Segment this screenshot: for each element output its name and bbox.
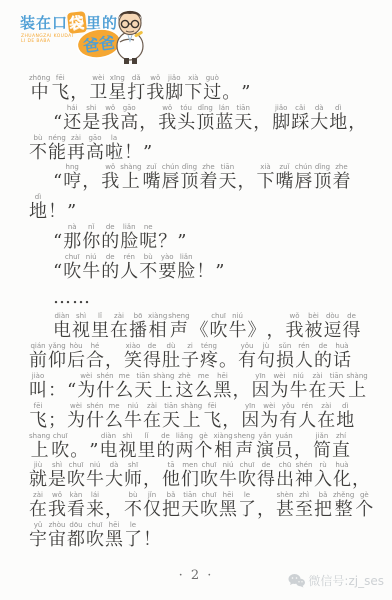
text-line: 地dì！” [29,193,371,223]
hanzi-char: 着zhe [199,171,217,192]
hanzi-char: 唇chún [161,171,179,192]
hanzi-char: 逗dòu [324,320,342,341]
hanzi-char: 演yǎn [256,440,274,461]
book-logo: 装在口袋里的 爸爸 ZHUANGZAI KOUDAI LI DE BABA [16,6,146,64]
hanzi-char: 头tóu [177,112,195,133]
hanzi-char: 高gāo [86,142,104,163]
hanzi-char: 黑hēi [219,499,237,520]
hanzi-char: 句jù [257,350,275,371]
text-line: “哼hng，我wǒ上shàng嘴zuǐ唇chún顶dǐng着zhe天tiān，下… [29,163,371,193]
hanzi-char: 卫wèi [89,82,107,103]
hanzi-char: ” [143,142,152,163]
hanzi-char: 飞fēi [203,410,221,431]
hanzi-char: 被bèi [305,320,323,341]
hanzi-char: ？ [158,231,176,252]
text-line: 在zài我wǒ看kàn来lái，不bù仅jǐn把bǎ天tiān吹chuī黑hēi… [29,491,371,521]
hanzi-char: 脚jiǎo [165,82,183,103]
hanzi-char: 还hái [63,112,81,133]
hanzi-char: 黑hēi [105,529,123,550]
hanzi-char: ， [294,440,312,461]
hanzi-char: 在zài [29,499,47,520]
hanzi-char: 是shi [82,112,100,133]
hanzi-char: 天tiān [218,171,236,192]
hanzi-char: 不bù [139,261,157,282]
hanzi-char: 我wǒ [146,82,164,103]
hanzi-char: “ [53,231,62,252]
hanzi-char: 们men [181,469,199,490]
hanzi-char: 损sǔn [276,350,294,371]
hanzi-char: 我wǒ [101,171,119,192]
hanzi-char: 因yīn [251,380,269,401]
hanzi-char: “ [67,380,76,401]
hanzi-char: 整zhěng [333,499,354,520]
hanzi-char: 这zhè [175,380,193,401]
hanzi-char: 得de [343,320,361,341]
hanzi-char: 声sheng [168,320,189,341]
hanzi-char: 前qián [29,350,47,371]
dad-cartoon-icon [108,8,152,64]
hanzi-char: 宇yǔ [29,529,47,550]
hanzi-char: 就jiù [29,469,47,490]
hanzi-char: 相xiàng [213,440,232,461]
hanzi-char: 唇chún [294,171,312,192]
hanzi-char: ！ [124,142,142,163]
hanzi-char: 》 [248,320,266,341]
hanzi-char: 在zài [110,320,128,341]
hanzi-char: 叫jiào [29,380,47,401]
hanzi-char: 不bù [29,142,47,163]
hanzi-char: 了le [124,529,142,550]
hanzi-char: ， [257,499,275,520]
hanzi-char: 。 [219,350,237,371]
hanzi-char: 人rén [298,410,316,431]
hanzi-char: 播bō [129,320,147,341]
logo-title-part1: 装在口 [20,14,68,32]
hanzi-char: ： [48,380,66,401]
hanzi-char: 牛niú [229,320,247,341]
text-line: 电diàn视shì里lǐ在zài播bō相xiàng声sheng《吹chuī牛ni… [29,312,371,342]
hanzi-char: ！ [196,261,214,282]
hanzi-char: 牛niú [289,380,307,401]
hanzi-char: 脚jiǎo [272,112,290,133]
text-line: “那nà你nǐ的de脸liǎn呢ne？” [29,223,371,253]
hanzi-char: ， [70,82,88,103]
hanzi-char: 有yǒu [238,350,256,371]
hanzi-char: 大dà [310,112,328,133]
hanzi-char: 过guò [203,82,221,103]
hanzi-char: 么me [115,380,133,401]
hanzi-char: 把bǎ [314,499,332,520]
hanzi-char: 上shang [29,440,50,461]
hanzi-char: 顶dǐng [313,171,331,192]
hanzi-char: ， [237,171,255,192]
hanzi-char: 能néng [48,142,66,163]
hanzi-char: ， [222,410,240,431]
hanzi-char: “ [53,112,62,133]
hanzi-char: 都dōu [67,529,85,550]
hanzi-char: 飞fēi [29,410,47,431]
hanzi-char: 电diàn [53,320,71,341]
hanzi-char: 着zhe [332,171,350,192]
hanzi-char: 里lǐ [137,440,155,461]
hanzi-char: ” [215,261,224,282]
hanzi-char: 至zhì [295,499,313,520]
text-line: 飞fēi；为wèi什shén么me牛niú在zài天tiān上shàng飞fēi… [29,402,371,432]
hanzi-char: 踩cǎi [291,112,309,133]
hanzi-char: 为wèi [260,410,278,431]
hanzi-char: 个gè [355,499,373,520]
hanzi-char: 在zài [308,380,326,401]
hanzi-char: 话huà [333,350,351,371]
hanzi-char: ， [139,112,157,133]
hanzi-char: 吹chuī [86,529,104,550]
hanzi-char: 视shì [72,320,90,341]
hanzi-char: 天tiān [134,380,152,401]
hanzi-char: 个gè [194,440,212,461]
hanzi-char: ， [105,350,123,371]
hanzi-char: 《 [191,320,209,341]
hanzi-char: 嘴zuǐ [275,171,293,192]
hanzi-char: 声sheng [234,440,255,461]
hanzi-char: “ [53,261,62,282]
hanzi-char: ！ [48,201,66,222]
hanzi-char: ， [348,112,366,133]
hanzi-char: 的de [156,440,174,461]
hanzi-char: 在zài [317,410,335,431]
hanzi-char: 肚dù [162,350,180,371]
hanzi-char: 星xīng [108,82,126,103]
hanzi-char: 师shī [124,469,142,490]
hanzi-char: 嘴zuǐ [142,171,160,192]
hanzi-char: ， [267,320,285,341]
hanzi-char: 来lái [86,499,104,520]
hanzi-char: ， [352,469,370,490]
hanzi-char: 的de [101,261,119,282]
hanzi-char: 人rén [120,261,138,282]
hanzi-char: 里lǐ [91,320,109,341]
hanzi-char: 笑xiào [124,350,142,371]
hanzi-char: 的de [314,350,332,371]
hanzi-char: 为wèi [270,380,288,401]
hanzi-char: 仰yǎng [48,350,66,371]
hanzi-char: 宙zhòu [48,529,66,550]
hanzi-char: 直zhí [332,440,350,461]
hanzi-char: 地dì [29,201,47,222]
hanzi-char: 顶dǐng [180,171,198,192]
hanzi-char: 是shì [48,469,66,490]
text-line: 上shang吹chuī。”电diàn视shì里lǐ的de两liǎng个gè相xi… [29,432,371,462]
hanzi-char: 上shàng [346,380,367,401]
hanzi-char: 牛niú [124,410,142,431]
hanzi-char: 员yuán [275,440,293,461]
hanzi-char: 中zhōng [29,82,50,103]
hanzi-char: 出chū [276,469,294,490]
hanzi-char: 牛niú [86,469,104,490]
hanzi-char: 得de [143,350,161,371]
hanzi-char: 地dì [329,112,347,133]
hanzi-char: 入rù [314,469,332,490]
hanzi-char: 牛niú [82,261,100,282]
hanzi-char: 仅jǐn [143,499,161,520]
text-line: 前qián仰yǎng后hòu合hé，笑xiào得de肚dù子zi疼téng。有y… [29,342,371,372]
hanzi-char: 顶dǐng [196,112,214,133]
hanzi-char: 在zài [143,410,161,431]
hanzi-char: 为wèi [77,380,95,401]
hanzi-char: ” [89,440,98,461]
hanzi-char: 天tiān [234,112,252,133]
hanzi-char: 把bǎ [162,499,180,520]
logo-title-bag: 袋 [67,11,87,34]
hanzi-char: 他tā [162,469,180,490]
hanzi-char: 两liǎng [175,440,193,461]
text-line: 中zhōng飞fēi，卫wèi星xīng打dǎ我wǒ脚jiǎo下xià过guò。… [29,74,371,104]
hanzi-char: ， [253,112,271,133]
hanzi-char: 吹chuī [63,261,81,282]
text-body: 中zhōng飞fēi，卫wèi星xīng打dǎ我wǒ脚jiǎo下xià过guò。… [29,74,371,551]
hanzi-char: 下xià [184,82,202,103]
hanzi-char: 那nà [63,231,81,252]
hanzi-char: 吹chuī [51,440,69,461]
text-line: 叫jiào：“为wèi什shén么me天tiān上shàng这zhè么me黑hē… [29,372,371,402]
hanzi-char: 飞fēi [51,82,69,103]
watermark-text: 微信号:zj_ses [308,572,384,589]
hanzi-char: 。 [222,82,240,103]
hanzi-char: 打dǎ [127,82,145,103]
hanzi-char: 么me [105,410,123,431]
text-line: “还hái是shi我wǒ高gāo，我wǒ头tóu顶dǐng蓝lán天tiān，脚… [29,104,371,134]
hanzi-char: 不bù [124,499,142,520]
text-line: 宇yǔ宙zhòu都dōu吹chuī黑hēi了le！ [29,521,371,551]
hanzi-char: “ [53,171,62,192]
hanzi-char: 我wǒ [158,112,176,133]
text-line: …… [29,283,371,313]
hanzi-char: 我wǒ [48,499,66,520]
logo-subtitle: ZHUANGZAI KOUDAI LI DE BABA [21,34,79,44]
hanzi-char: 蓝lán [215,112,233,133]
hanzi-char: 化huà [333,469,351,490]
hanzi-char: 吹chuī [200,499,218,520]
hanzi-char: 地dì [336,410,354,431]
hanzi-char: 我wǒ [286,320,304,341]
hanzi-char: 因yīn [241,410,259,431]
hanzi-char: 大dà [105,469,123,490]
hanzi-char: 上shàng [181,410,202,431]
watermark: 微信号:zj_ses [288,572,384,589]
hanzi-char: 黑hēi [213,380,231,401]
hanzi-char: … [53,287,71,308]
hanzi-char: ， [105,499,123,520]
hanzi-char: 什shén [96,380,114,401]
hanzi-char: ” [177,231,186,252]
hanzi-char: 什shén [86,410,104,431]
hanzi-char: 相xiàng [148,320,167,341]
hanzi-char: 呢ne [139,231,157,252]
hanzi-char: 天tiān [162,410,180,431]
hanzi-char: 你nǐ [82,231,100,252]
wechat-icon [288,573,305,588]
hanzi-char: 看kàn [67,499,85,520]
hanzi-char: 合hé [86,350,104,371]
hanzi-char: 上shàng [120,171,141,192]
hanzi-char: 下xià [256,171,274,192]
hanzi-char: 有yǒu [279,410,297,431]
hanzi-char: 天tiān [327,380,345,401]
hanzi-char: 甚shèn [276,499,294,520]
hanzi-char: 高gāo [120,112,138,133]
hanzi-char: 疼téng [200,350,218,371]
hanzi-char: ； [48,410,66,431]
hanzi-char: 视shì [118,440,136,461]
text-line: 不bù能néng再zài高gāo啦la！” [29,134,371,164]
hanzi-char: ， [82,171,100,192]
hanzi-char: 子zi [181,350,199,371]
hanzi-char: 么me [194,380,212,401]
hanzi-char: 了le [238,499,256,520]
hanzi-char: 简jiǎn [313,440,331,461]
hanzi-char: 。 [70,440,88,461]
hanzi-char: 后hòu [67,350,85,371]
hanzi-char: 神shén [295,469,313,490]
text-line: “吹chuī牛niú的de人rén不bù要yào脸liǎn！” [29,253,371,283]
hanzi-char: 得de [257,469,275,490]
hanzi-char: 哼hng [63,171,81,192]
hanzi-char: 我wǒ [101,112,119,133]
hanzi-char: 啦la [105,142,123,163]
hanzi-char: 牛niú [219,469,237,490]
hanzi-char: 上shàng [153,380,174,401]
hanzi-char: 天tiān [181,499,199,520]
hanzi-char: 要yào [158,261,176,282]
hanzi-char: 电diàn [99,440,117,461]
hanzi-char: 再zài [67,142,85,163]
hanzi-char: ， [232,380,250,401]
hanzi-char: 为wèi [67,410,85,431]
text-line: 就jiù是shì吹chuī牛niú大dà师shī，他tā们men吹chuī牛ni… [29,461,371,491]
hanzi-char: 人rén [295,350,313,371]
hanzi-char: 吹chuī [210,320,228,341]
hanzi-char: 脸liǎn [177,261,195,282]
hanzi-char: 吹chuī [238,469,256,490]
hanzi-char: 吹chuī [200,469,218,490]
hanzi-char: ！ [143,529,161,550]
hanzi-char: 吹chuī [67,469,85,490]
hanzi-char: ” [67,201,76,222]
hanzi-char: ” [241,82,250,103]
hanzi-char: ， [143,469,161,490]
hanzi-char: … [72,287,90,308]
hanzi-char: 的de [101,231,119,252]
hanzi-char: 脸liǎn [120,231,138,252]
